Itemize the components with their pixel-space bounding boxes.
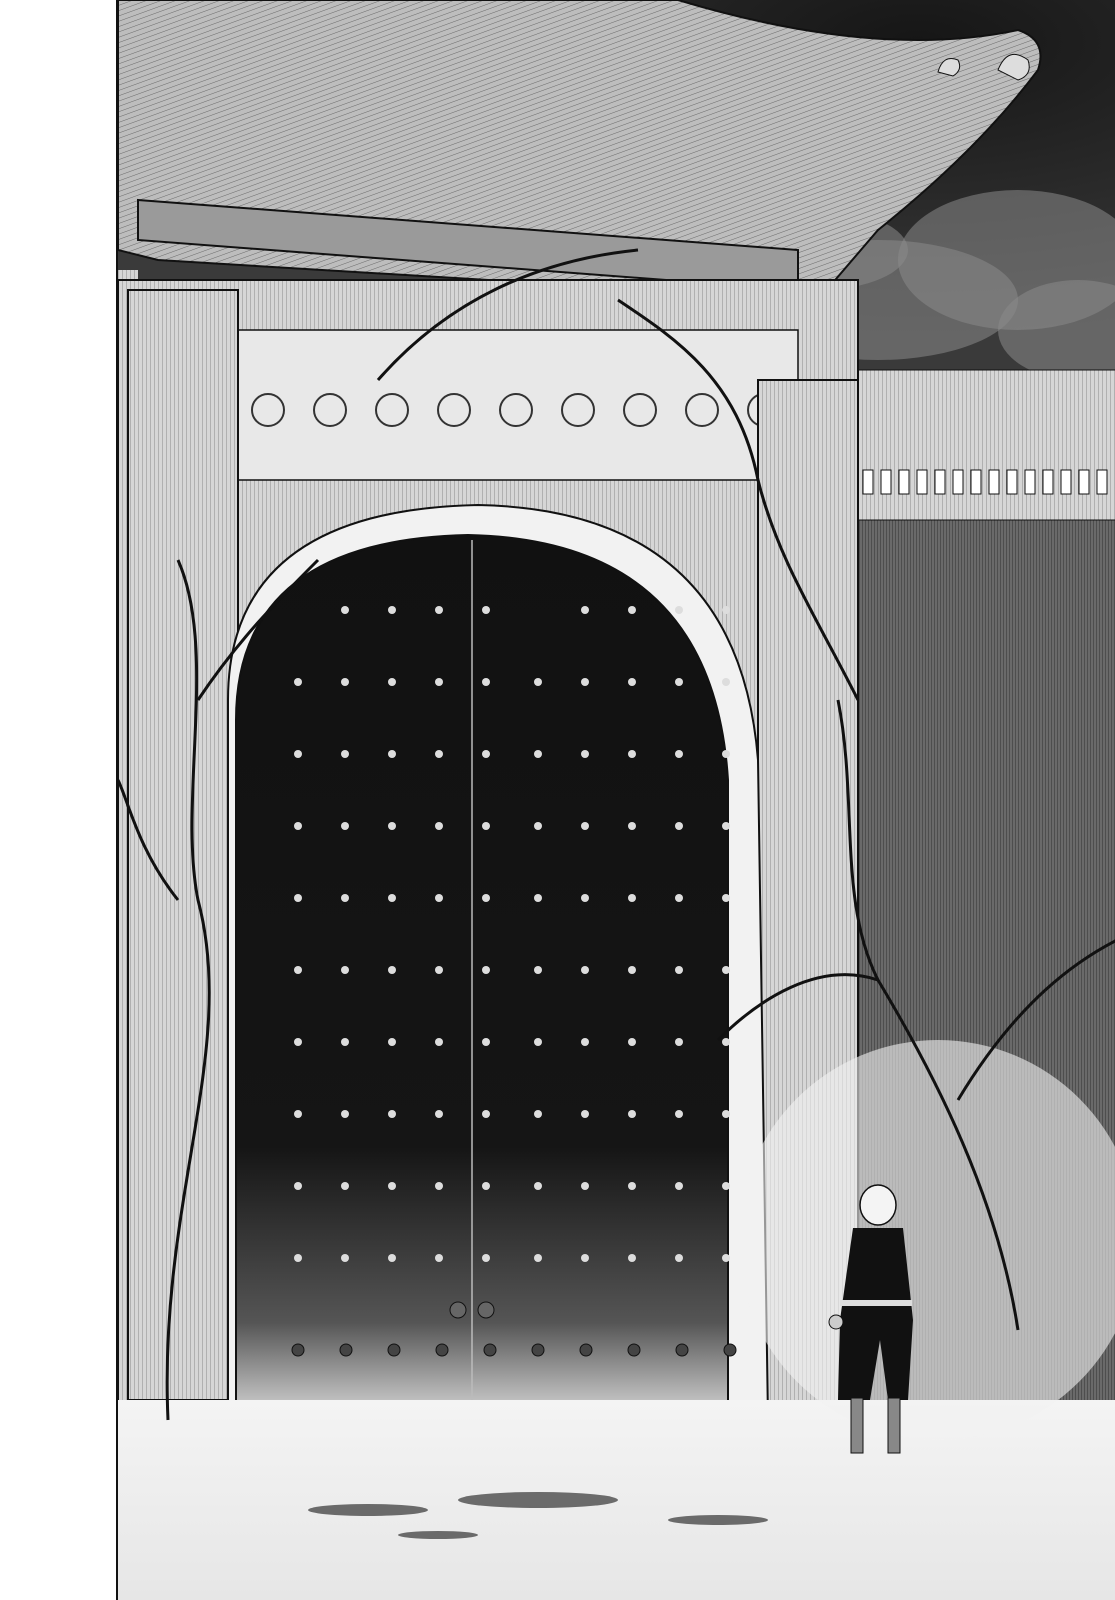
- door-stud: [435, 1110, 443, 1118]
- door-stud: [388, 1254, 396, 1262]
- door-stud: [482, 750, 490, 758]
- door-stud: [294, 1254, 302, 1262]
- door-stud: [482, 894, 490, 902]
- ground-shadow: [398, 1531, 478, 1539]
- door-stud: [435, 1182, 443, 1190]
- door-stud: [388, 606, 396, 614]
- door-stud: [532, 1344, 544, 1356]
- door-stud: [724, 1344, 736, 1356]
- door-stud: [722, 678, 730, 686]
- door-stud: [628, 894, 636, 902]
- door-stud: [294, 966, 302, 974]
- door-stud: [294, 894, 302, 902]
- door-stud: [435, 966, 443, 974]
- door-stud: [534, 1254, 542, 1262]
- door-stud: [435, 678, 443, 686]
- door-stud: [388, 822, 396, 830]
- door-stud: [628, 822, 636, 830]
- door-stud: [675, 1182, 683, 1190]
- eave-bracket: [935, 470, 945, 494]
- figure-leg: [851, 1398, 863, 1453]
- door-stud: [388, 1182, 396, 1190]
- door-stud: [581, 1182, 589, 1190]
- door-stud: [341, 1110, 349, 1118]
- eave-bracket: [863, 470, 873, 494]
- door-stud: [294, 750, 302, 758]
- door-stud: [482, 1038, 490, 1046]
- door-stud: [482, 822, 490, 830]
- door-stud: [388, 678, 396, 686]
- door-stud: [581, 1110, 589, 1118]
- door-stud: [341, 894, 349, 902]
- arched-door: [236, 535, 728, 1410]
- eave-bracket: [899, 470, 909, 494]
- wall-eaves: [848, 370, 1115, 520]
- door-stud: [675, 1110, 683, 1118]
- eave-bracket: [953, 470, 963, 494]
- ground-shadow: [668, 1515, 768, 1525]
- door-stud: [435, 750, 443, 758]
- door-stud: [628, 966, 636, 974]
- door-stud: [675, 966, 683, 974]
- door-stud: [340, 1344, 352, 1356]
- figure-leg: [888, 1398, 900, 1453]
- eave-bracket: [1043, 470, 1053, 494]
- door-stud: [388, 1110, 396, 1118]
- eave-bracket: [1097, 470, 1107, 494]
- door-stud: [341, 1254, 349, 1262]
- door-stud: [581, 1038, 589, 1046]
- door-stud: [435, 822, 443, 830]
- door-stud: [341, 750, 349, 758]
- door-stud: [482, 678, 490, 686]
- door-stud: [628, 1038, 636, 1046]
- door-stud: [628, 606, 636, 614]
- door-stud: [482, 1254, 490, 1262]
- door-stud: [482, 606, 490, 614]
- door-stud: [436, 1344, 448, 1356]
- door-stud: [581, 750, 589, 758]
- door-stud: [435, 1254, 443, 1262]
- eave-bracket: [971, 470, 981, 494]
- door-stud: [628, 678, 636, 686]
- figure-hair: [860, 1185, 896, 1225]
- door-stud: [534, 1110, 542, 1118]
- door-stud: [675, 894, 683, 902]
- door-stud: [388, 1344, 400, 1356]
- door-stud: [341, 966, 349, 974]
- door-knocker: [478, 1302, 494, 1318]
- door-stud: [628, 1110, 636, 1118]
- ground-shadow: [308, 1504, 428, 1516]
- door-stud: [628, 1254, 636, 1262]
- door-stud: [482, 1182, 490, 1190]
- eave-bracket: [989, 470, 999, 494]
- door-stud: [294, 1038, 302, 1046]
- figure-hand: [829, 1315, 843, 1329]
- door-stud: [580, 1344, 592, 1356]
- door-stud: [294, 822, 302, 830]
- door-stud: [341, 822, 349, 830]
- door-stud: [722, 1182, 730, 1190]
- door-stud: [388, 750, 396, 758]
- door-stud: [341, 678, 349, 686]
- door-stud: [388, 966, 396, 974]
- door-stud: [675, 1254, 683, 1262]
- manga-panel: [116, 0, 1115, 1600]
- door-stud: [581, 606, 589, 614]
- door-stud: [676, 1344, 688, 1356]
- door-stud: [482, 966, 490, 974]
- eave-bracket: [1007, 470, 1017, 494]
- door-stud: [722, 750, 730, 758]
- eave-bracket: [1025, 470, 1035, 494]
- door-stud: [435, 894, 443, 902]
- door-stud: [722, 966, 730, 974]
- door-stud: [534, 894, 542, 902]
- door-stud: [581, 678, 589, 686]
- door-stud: [534, 678, 542, 686]
- door-stud: [628, 750, 636, 758]
- eave-bracket: [917, 470, 927, 494]
- door-stud: [722, 894, 730, 902]
- door-stud: [341, 1038, 349, 1046]
- door-knocker: [450, 1302, 466, 1318]
- gate-illustration: [118, 0, 1115, 1600]
- door-stud: [581, 966, 589, 974]
- figure-belt: [840, 1300, 912, 1306]
- door-stud: [675, 822, 683, 830]
- door-stud: [722, 606, 730, 614]
- eave-bracket: [1079, 470, 1089, 494]
- door-stud: [628, 1182, 636, 1190]
- door-stud: [581, 822, 589, 830]
- door-stud: [388, 1038, 396, 1046]
- door-stud: [341, 1182, 349, 1190]
- door-stud: [534, 1182, 542, 1190]
- door-stud: [534, 966, 542, 974]
- ornate-frieze: [238, 330, 798, 480]
- door-stud: [581, 894, 589, 902]
- door-stud: [722, 1110, 730, 1118]
- door-stud: [294, 1182, 302, 1190]
- door-stud: [534, 750, 542, 758]
- door-stud: [722, 1254, 730, 1262]
- door-stud: [294, 678, 302, 686]
- door-stud: [628, 1344, 640, 1356]
- door-stud: [675, 750, 683, 758]
- door-stud: [534, 1038, 542, 1046]
- door-stud: [534, 822, 542, 830]
- eave-bracket: [881, 470, 891, 494]
- door-stud: [581, 1254, 589, 1262]
- door-stud: [294, 1110, 302, 1118]
- door-stud: [675, 1038, 683, 1046]
- door-stud: [484, 1344, 496, 1356]
- door-stud: [435, 1038, 443, 1046]
- door-stud: [435, 606, 443, 614]
- door-stud: [482, 1110, 490, 1118]
- door-stud: [388, 894, 396, 902]
- eave-bracket: [1061, 470, 1071, 494]
- door-stud: [675, 606, 683, 614]
- door-stud: [722, 822, 730, 830]
- door-stud: [722, 1038, 730, 1046]
- door-stud: [675, 678, 683, 686]
- ground-shadow: [458, 1492, 618, 1508]
- door-stud: [341, 606, 349, 614]
- door-stud: [292, 1344, 304, 1356]
